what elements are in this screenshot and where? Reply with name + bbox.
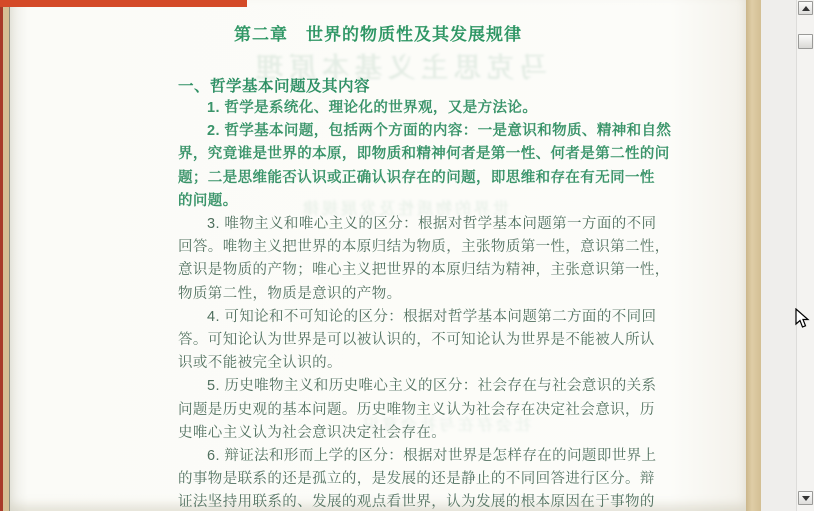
chapter-title: 第二章 世界的物质性及其发展规律 <box>10 20 746 45</box>
scanned-page: 马克思主义基本原理 世界的物质性及发展规律 社会存在与社会意识 第二章 世界的物… <box>0 0 761 511</box>
scrollbar-thumb[interactable] <box>798 34 813 49</box>
section-heading: 一、哲学基本问题及其内容 <box>178 74 370 96</box>
down-arrow-icon <box>802 496 810 501</box>
body-text: 1. 哲学是系统化、理论化的世界观，又是方法论。 2. 哲学基本问题，包括两个方… <box>178 97 744 511</box>
up-arrow-icon <box>802 6 810 11</box>
paragraph-1: 1. 哲学是系统化、理论化的世界观，又是方法论。 <box>178 97 744 120</box>
paragraph-6: 6. 辩证法和形而上学的区分：根据对世界是怎样存在的问题即世界上 的事物是联系的… <box>178 445 744 511</box>
red-top-edge-bar <box>0 0 247 7</box>
vertical-scrollbar[interactable] <box>796 0 814 511</box>
page-stack-edge-right <box>746 0 761 511</box>
scroll-up-button[interactable] <box>798 1 813 15</box>
scroll-down-button[interactable] <box>798 491 813 505</box>
paragraph-2: 2. 哲学基本问题，包括两个方面的内容：一是意识和物质、精神和自然 界，究竟谁是… <box>178 120 744 213</box>
paragraph-4: 4. 可知论和不可知论的区分：根据对哲学基本问题第二方面的不同回 答。可知论认为… <box>178 306 744 376</box>
paragraph-5: 5. 历史唯物主义和历史唯心主义的区分：社会存在与社会意识的关系 问题是历史观的… <box>178 375 744 445</box>
paragraph-3: 3. 唯物主义和唯心主义的区分：根据对哲学基本问题第一方面的不同 回答。唯物主义… <box>178 213 744 306</box>
document-viewer-window: 马克思主义基本原理 世界的物质性及发展规律 社会存在与社会意识 第二章 世界的物… <box>0 0 814 511</box>
page-edge-shadow-line <box>9 0 10 511</box>
